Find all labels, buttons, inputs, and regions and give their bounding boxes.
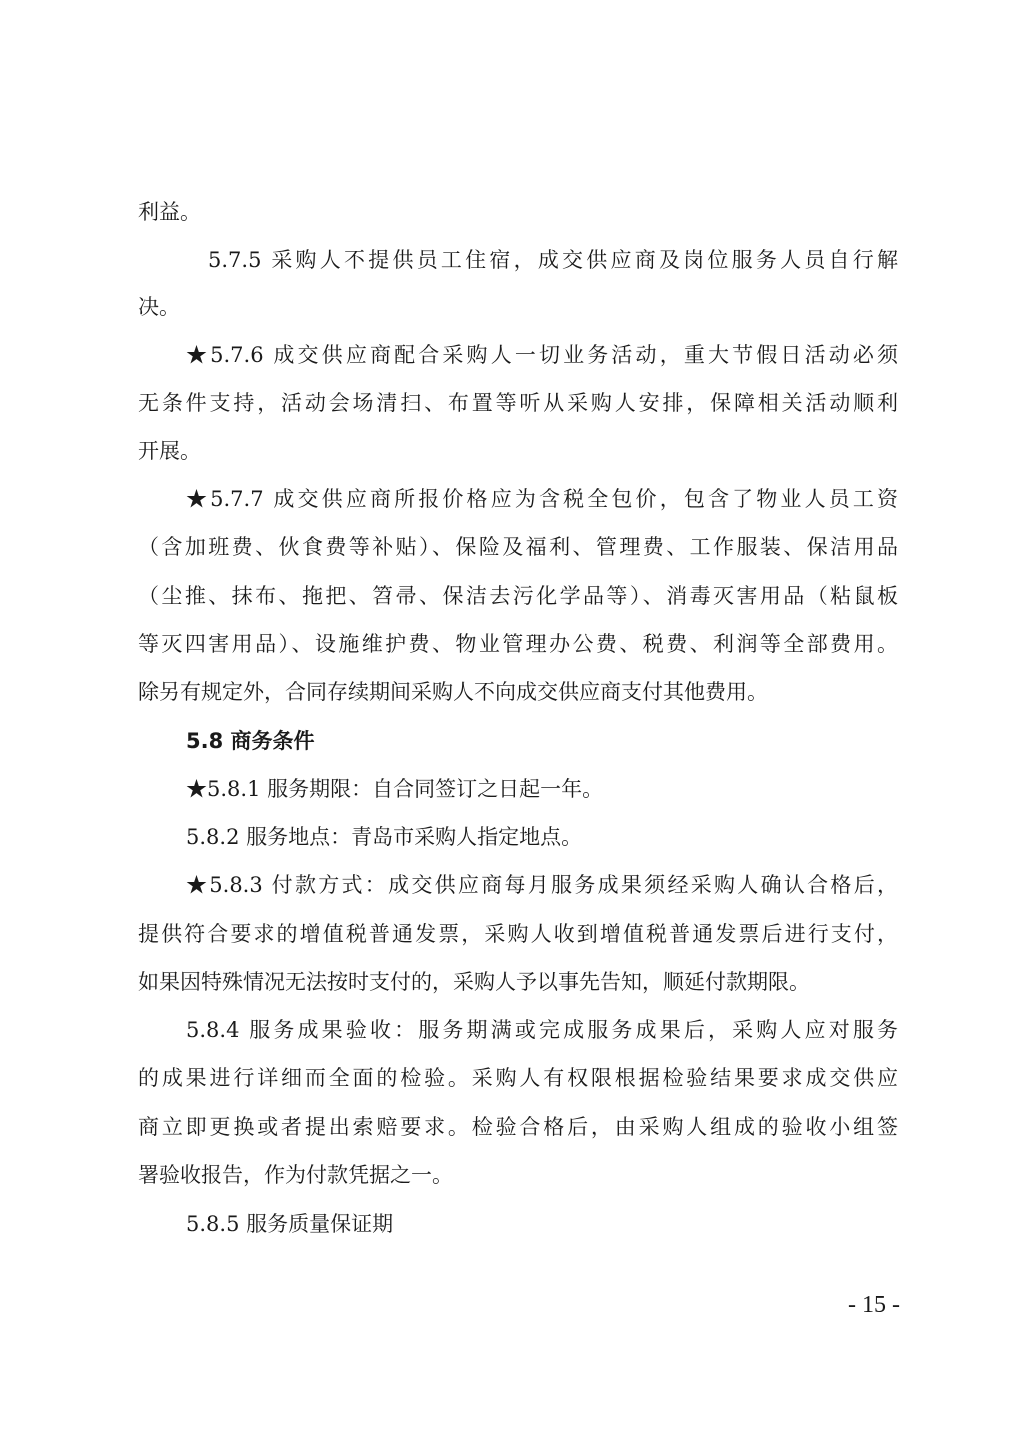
clause-5-8-3-line: ★5.8.3 付款方式：成交供应商每月服务成果须经采购人确认合格后， [186, 861, 898, 909]
paragraph-line: 除另有规定外，合同存续期间采购人不向成交供应商支付其他费用。 [138, 668, 898, 716]
clause-5-7-5-line: 5.7.5 采购人不提供员工住宿，成交供应商及岗位服务人员自行解 [208, 236, 898, 284]
paragraph-line: 提供符合要求的增值税普通发票，采购人收到增值税普通发票后进行支付， [138, 910, 898, 958]
page-number: - 15 - [820, 1292, 900, 1319]
clause-5-8-4-line: 5.8.4 服务成果验收：服务期满或完成服务成果后，采购人应对服务 [186, 1006, 898, 1054]
clause-5-8-1-line: ★5.8.1 服务期限：自合同签订之日起一年。 [186, 765, 898, 813]
paragraph-line: （尘推、抹布、拖把、笤帚、保洁去污化学品等）、消毒灭害用品（粘鼠板 [138, 572, 898, 620]
paragraph-line: 无条件支持，活动会场清扫、布置等听从采购人安排，保障相关活动顺利 [138, 379, 898, 427]
paragraph-line: （含加班费、伙食费等补贴）、保险及福利、管理费、工作服装、保洁用品 [138, 523, 898, 571]
paragraph-line: 如果因特殊情况无法按时支付的，采购人予以事先告知，顺延付款期限。 [138, 958, 898, 1006]
clause-5-7-6-line: ★5.7.6 成交供应商配合采购人一切业务活动，重大节假日活动必须 [186, 331, 898, 379]
paragraph-line: 等灭四害用品）、设施维护费、物业管理办公费、税费、利润等全部费用。 [138, 620, 898, 668]
paragraph-line: 利益。 [138, 188, 898, 236]
clause-5-8-5-line: 5.8.5 服务质量保证期 [186, 1200, 898, 1248]
clause-5-8-2-line: 5.8.2 服务地点：青岛市采购人指定地点。 [186, 813, 898, 861]
paragraph-line: 的成果进行详细而全面的检验。采购人有权限根据检验结果要求成交供应 [138, 1054, 898, 1102]
document-page: 利益。 5.7.5 采购人不提供员工住宿，成交供应商及岗位服务人员自行解 决。 … [0, 0, 1024, 1448]
clause-5-7-7-line: ★5.7.7 成交供应商所报价格应为含税全包价，包含了物业人员工资 [186, 475, 898, 523]
section-heading-5-8: 5.8 商务条件 [186, 717, 898, 765]
paragraph-line: 开展。 [138, 427, 898, 475]
paragraph-line: 商立即更换或者提出索赔要求。检验合格后，由采购人组成的验收小组签 [138, 1103, 898, 1151]
paragraph-line: 决。 [138, 283, 898, 331]
paragraph-line: 署验收报告，作为付款凭据之一。 [138, 1151, 898, 1199]
